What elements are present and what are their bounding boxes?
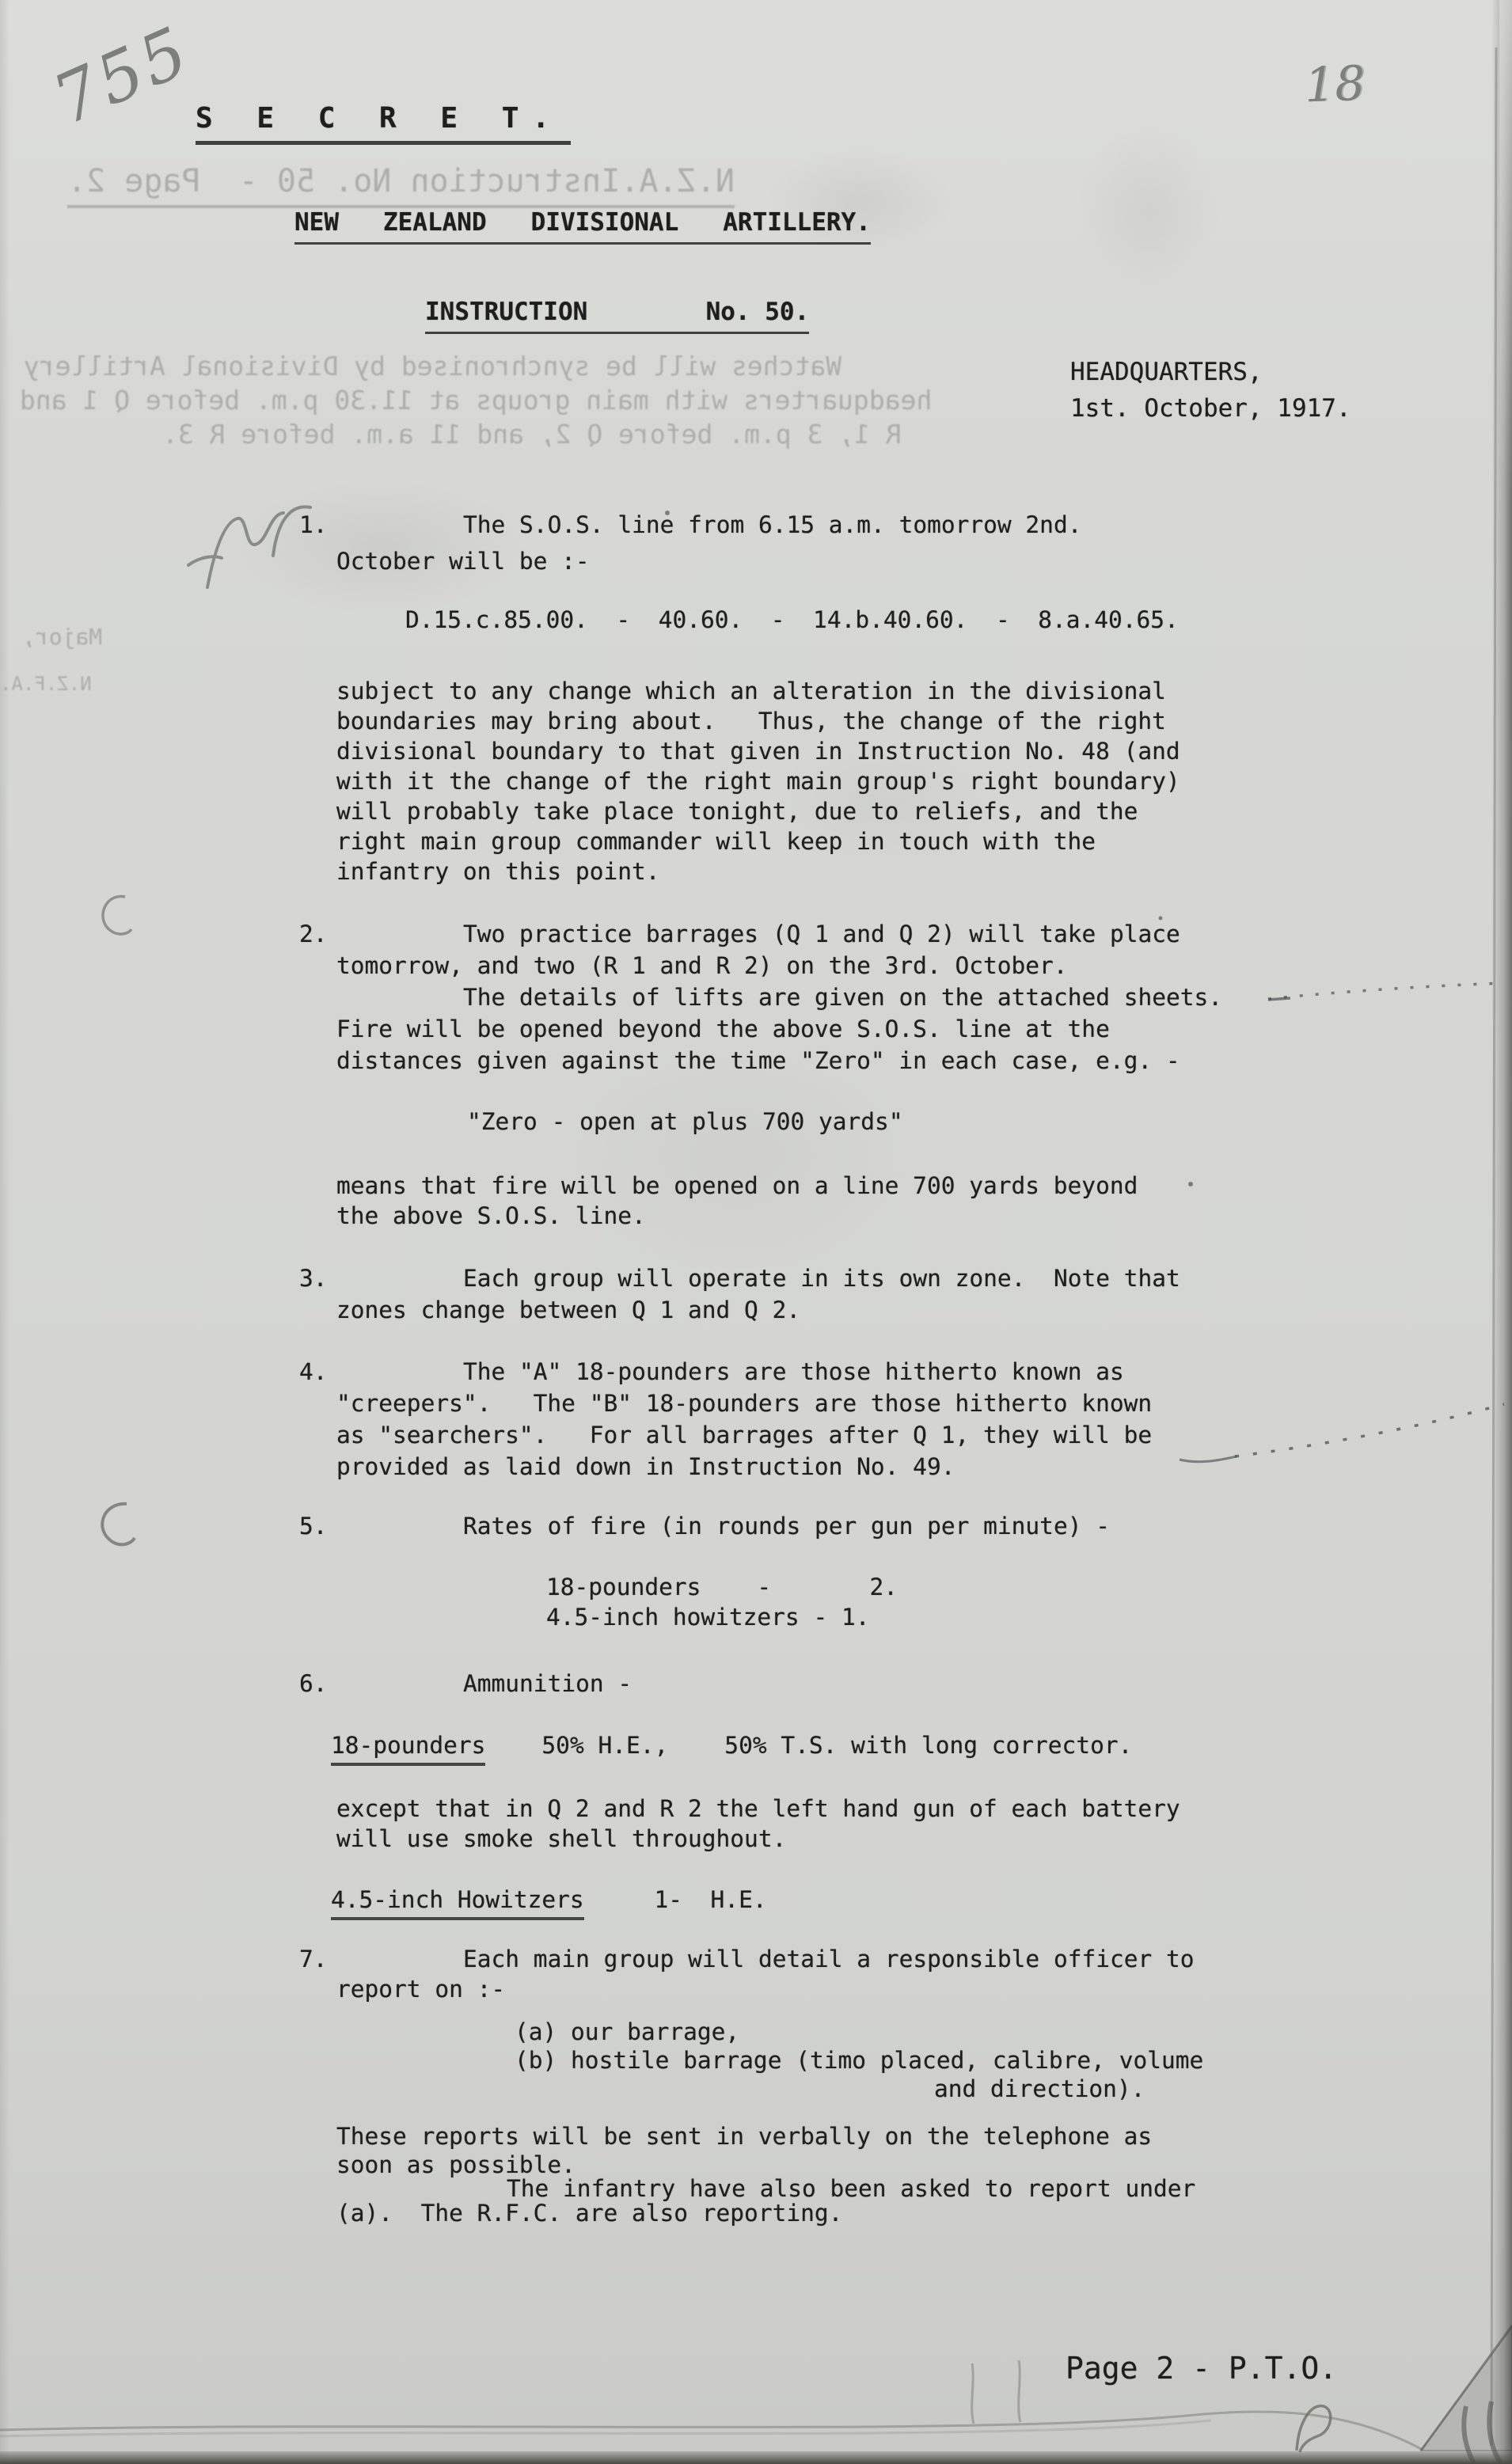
ghost-watches-1: Watches will be synchronised by Division… [24,351,841,382]
para1-line9: infantry on this point. [336,858,660,886]
paper-wrinkle-1 [972,2363,974,2424]
para2-line6: means that fire will be opened on a line… [336,1172,1138,1200]
para6-line1: Ammunition - [463,1670,632,1698]
margin-crescent-mark-lower [102,1504,135,1544]
para2-line1: Two practice barrages (Q 1 and Q 2) will… [463,921,1180,948]
para7-line1: Each main group will detail a responsibl… [463,1946,1195,1973]
handwritten-folio-number: 755 [42,11,202,140]
page-left-edge [0,0,9,2464]
document-title: NEW ZEALAND DIVISIONAL ARTILLERY. [294,208,871,245]
pen-dotted-trail-sheets [1268,983,1503,999]
sos-coordinates: D.15.c.85.00. - 40.60. - 14.b.40.60. - 8… [405,606,1179,634]
bottom-crease-line [0,2412,1423,2450]
rate-18pdr: 18-pounders - 2. [546,1574,898,1601]
para1-line6: with it the change of the right main gro… [336,768,1180,795]
para1-line2: October will be :- [336,548,590,575]
para6-line2: except that in Q 2 and R 2 the left hand… [336,1795,1180,1823]
para2-number: 2. [299,921,328,948]
para3-line2: zones change between Q 1 and Q 2. [336,1297,800,1324]
para4-line3: as "searchers". For all barrages after Q… [336,1422,1152,1449]
ghost-major: Major, [22,624,102,651]
para6-number: 6. [299,1670,328,1698]
ghost-nzfa: N.Z.F.A. [0,673,92,696]
para7-line3: These reports will be sent in verbally o… [336,2123,1152,2151]
para2-line4: Fire will be opened beyond the above S.O… [336,1016,1110,1043]
zero-example: "Zero - open at plus 700 yards" [467,1108,903,1136]
bottom-crease-shadow [0,2420,1211,2436]
para3-number: 3. [299,1265,328,1293]
pen-dash-sheets [1268,998,1290,1000]
para1-line1: The S.O.S. line from 6.15 a.m. tomorrow … [463,511,1081,539]
margin-crescent-mark-upper [103,897,131,935]
para2-line2: tomorrow, and two (R 1 and R 2) on the 3… [336,952,1068,980]
para2-line3: The details of lifts are given on the at… [463,984,1222,1012]
rate-howitzer: 4.5-inch howitzers - 1. [546,1604,870,1631]
para1-line8: right main group commander will keep in … [336,828,1096,856]
ghost-watches-2: headquarters with main groups at 11.30 p… [20,385,932,416]
para7-line2: report on :- [336,1976,505,2003]
ghost-instruction-title: N.Z.A.Instruction No. 50 - Page 2. [67,162,735,208]
pen-swash-para4 [1180,1456,1237,1462]
ammo-howitzer: 4.5-inch Howitzers 1- H.E. [331,1886,767,1914]
para4-number: 4. [299,1358,328,1386]
date-line: 1st. October, 1917. [1070,394,1351,423]
handwritten-page-number: 18 [1304,56,1366,114]
para2-line5: distances given against the time "Zero" … [336,1047,1180,1075]
para1-line7: will probably take place tonight, due to… [336,798,1138,826]
page-right-edge-top-soft [1499,0,1512,491]
para4-line2: "creepers". The "B" 18-pounders are thos… [336,1390,1152,1418]
para5-number: 5. [299,1513,328,1540]
ghost-watches-3: R 1, 3 p.m. before Q 2, and 11 a.m. befo… [162,419,902,450]
para1-line3: subject to any change which an alteratio… [336,678,1166,705]
para7-line6: (a). The R.F.C. are also reporting. [336,2200,842,2227]
para2-line7: the above S.O.S. line. [336,1202,646,1230]
para7-number: 7. [299,1946,328,1973]
para1-line5: divisional boundary to that given in Ins… [336,738,1180,765]
ammo-18pdr: 18-pounders 50% H.E., 50% T.S. with long… [331,1732,1132,1760]
pen-scribble [188,507,310,587]
para3-line1: Each group will operate in its own zone.… [463,1265,1180,1293]
report-item-b2: and direction). [934,2075,1145,2103]
page-footer: Page 2 - P.T.O. [1066,2351,1337,2387]
report-item-a: (a) our barrage, [515,2018,739,2046]
classification-heading: S E C R E T. [196,101,571,145]
pencil-loop-mark [1297,2406,1331,2452]
pen-dotted-curve-para4 [1235,1404,1504,1456]
scanned-document-page: 755 18 S E C R E T. NEW ZEALAND DIVISION… [0,0,1512,2464]
report-item-b: (b) hostile barrage (timo placed, calibr… [515,2047,1203,2075]
instruction-heading: INSTRUCTION No. 50. [425,298,809,334]
page-bottom-edge [0,2451,1512,2464]
para1-number: 1. [299,511,328,539]
para5-line1: Rates of fire (in rounds per gun per min… [463,1513,1110,1540]
para4-line1: The "A" 18-pounders are those hitherto k… [463,1358,1124,1386]
headquarters-line: HEADQUARTERS, [1070,358,1263,387]
paper-wrinkle-2 [1019,2360,1020,2422]
para1-line4: boundaries may bring about. Thus, the ch… [336,708,1166,735]
para6-line3: will use smoke shell throughout. [336,1825,786,1853]
para4-line4: provided as laid down in Instruction No.… [336,1453,955,1481]
